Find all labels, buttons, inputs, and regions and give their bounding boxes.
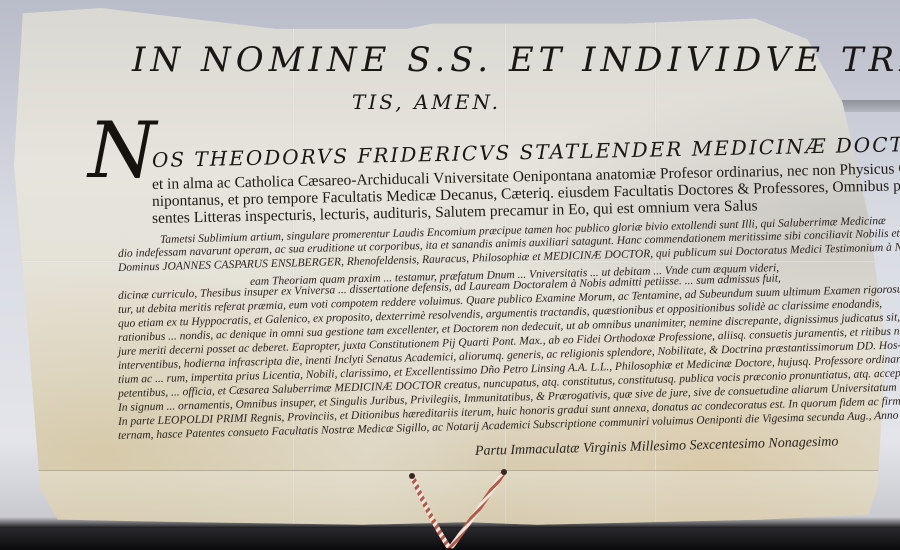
- wall-shelf-line: [840, 100, 900, 112]
- seal-cord-icon: [400, 468, 510, 550]
- document-heading-continued: TIS, AMEN.: [352, 90, 501, 114]
- document-heading: IN NOMINE S.S. ET INDIVIDVE TRINITA =: [132, 40, 792, 80]
- decorated-initial: N: [88, 112, 156, 190]
